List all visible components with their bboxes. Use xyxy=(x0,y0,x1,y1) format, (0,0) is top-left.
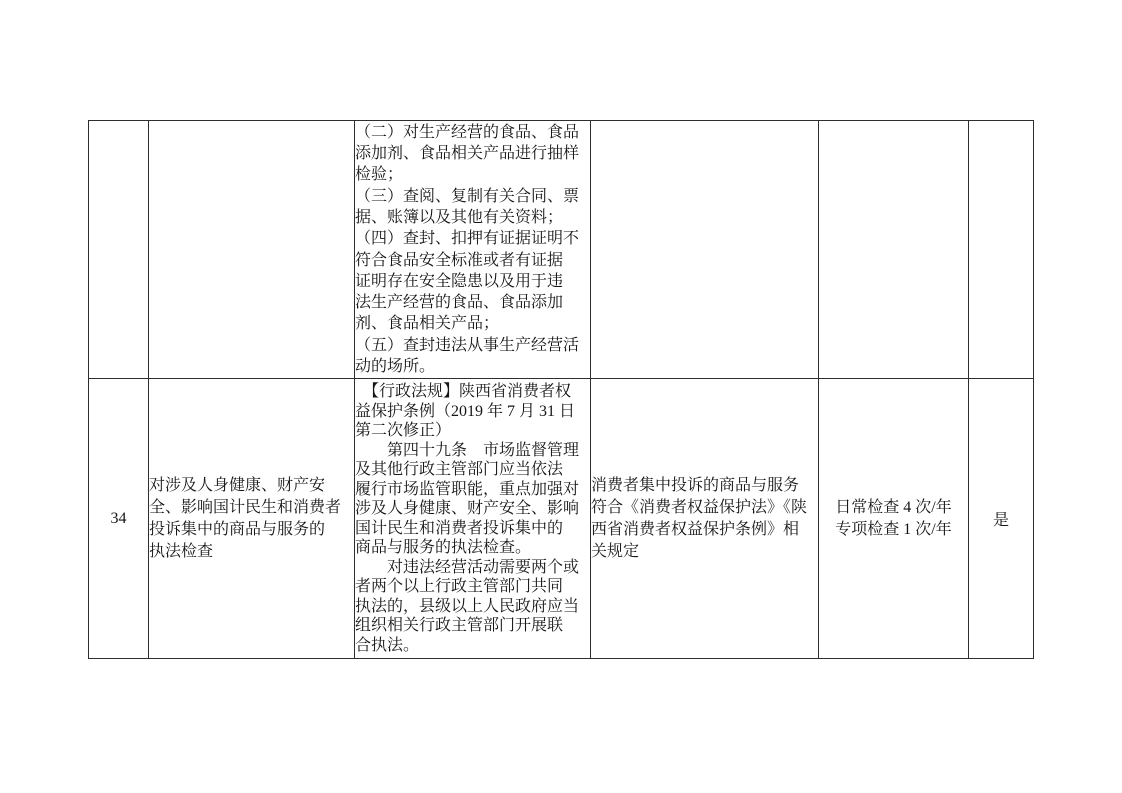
table-row-34: 34 对涉及人身健康、财产安 全、影响国计民生和消费者 投诉集中的商品与服务的 … xyxy=(89,379,1034,659)
cell-legal-basis: （二）对生产经营的食品、食品 添加剂、食品相关产品进行抽样 检验； （三）查阅、… xyxy=(355,121,591,379)
inspection-items-table: （二）对生产经营的食品、食品 添加剂、食品相关产品进行抽样 检验； （三）查阅、… xyxy=(88,120,1034,659)
cell-inspection-frequency: 日常检查 4 次/年 专项检查 1 次/年 xyxy=(819,379,969,659)
cell-item-name: 对涉及人身健康、财产安 全、影响国计民生和消费者 投诉集中的商品与服务的 执法检… xyxy=(149,379,355,659)
cell-inspection-criteria xyxy=(591,121,819,379)
cell-inspection-criteria: 消费者集中投诉的商品与服务 符合《消费者权益保护法》《陕 西省消费者权益保护条例… xyxy=(591,379,819,659)
inspection-frequency-text: 日常检查 4 次/年 专项检查 1 次/年 xyxy=(819,497,968,541)
document-page: （二）对生产经营的食品、食品 添加剂、食品相关产品进行抽样 检验； （三）查阅、… xyxy=(0,0,1122,793)
cell-included-flag xyxy=(969,121,1034,379)
cell-serial-number xyxy=(89,121,149,379)
cell-inspection-frequency xyxy=(819,121,969,379)
legal-basis-text: （二）对生产经营的食品、食品 添加剂、食品相关产品进行抽样 检验； （三）查阅、… xyxy=(355,122,590,378)
legal-basis-text: 【行政法规】陕西省消费者权 益保护条例（2019 年 7 月 31 日 第二次修… xyxy=(355,382,590,655)
cell-serial-number: 34 xyxy=(89,379,149,659)
cell-item-name xyxy=(149,121,355,379)
inspection-criteria-text: 消费者集中投诉的商品与服务 符合《消费者权益保护法》《陕 西省消费者权益保护条例… xyxy=(591,475,818,563)
serial-number-text: 34 xyxy=(89,510,148,528)
item-name-text: 对涉及人身健康、财产安 全、影响国计民生和消费者 投诉集中的商品与服务的 执法检… xyxy=(149,475,354,563)
cell-legal-basis: 【行政法规】陕西省消费者权 益保护条例（2019 年 7 月 31 日 第二次修… xyxy=(355,379,591,659)
included-flag-text: 是 xyxy=(969,507,1033,530)
cell-included-flag: 是 xyxy=(969,379,1034,659)
table-row-continuation: （二）对生产经营的食品、食品 添加剂、食品相关产品进行抽样 检验； （三）查阅、… xyxy=(89,121,1034,379)
